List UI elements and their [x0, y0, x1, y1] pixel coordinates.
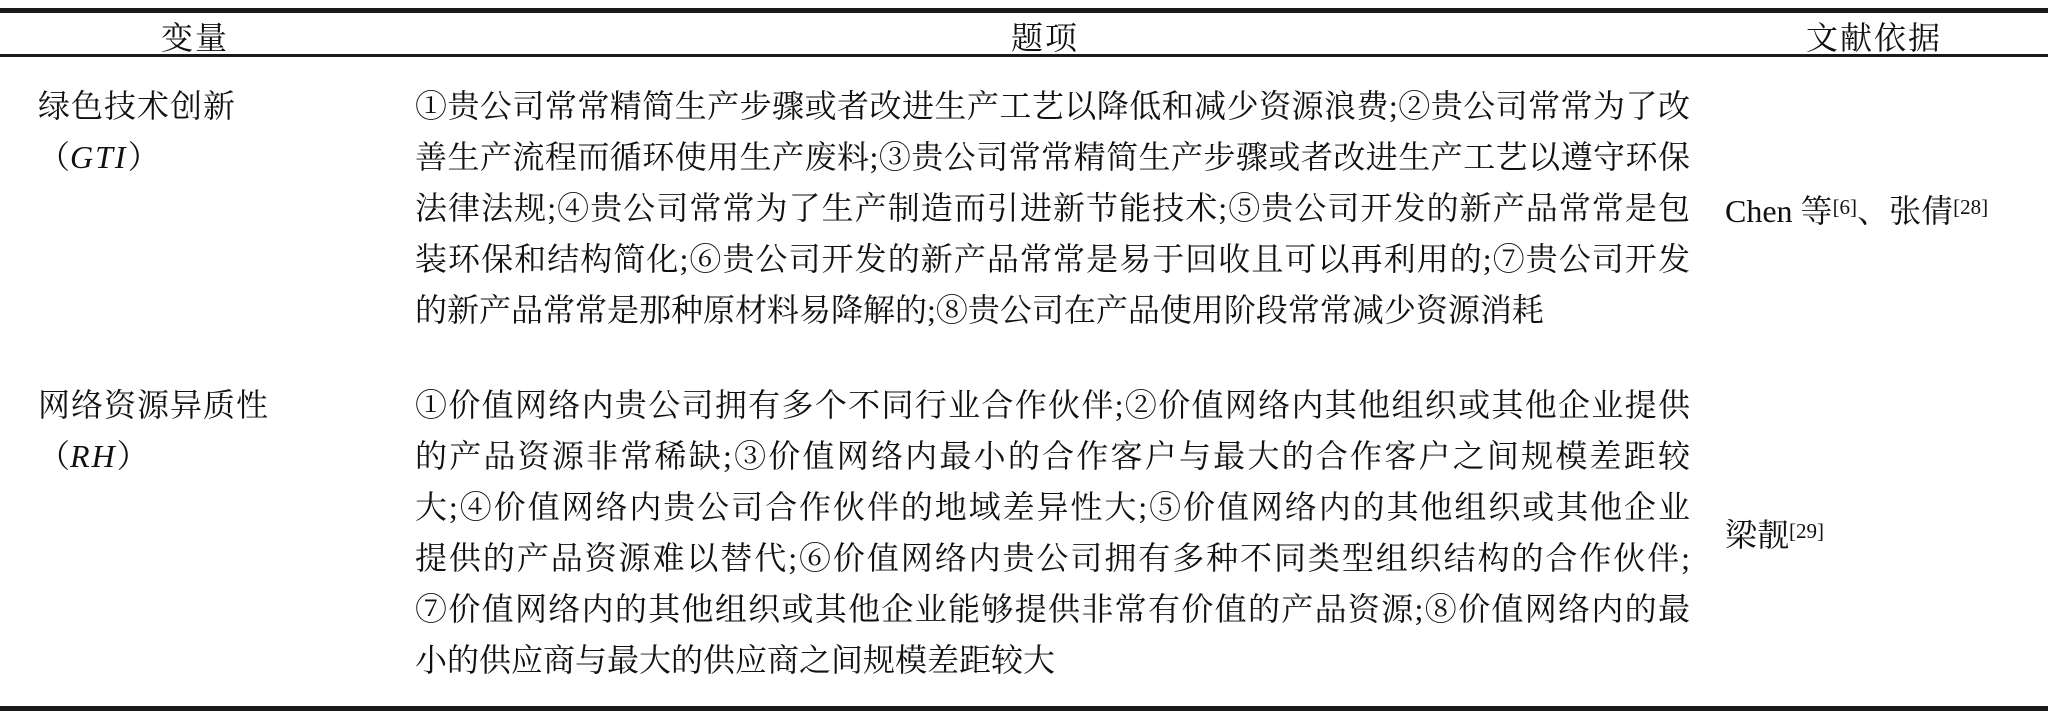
- table-row: 绿色技术创新 （GTI） ①贵公司常常精简生产步骤或者改进生产工艺以降低和减少资…: [0, 57, 2048, 356]
- table-body: 绿色技术创新 （GTI） ①贵公司常常精简生产步骤或者改进生产工艺以降低和减少资…: [0, 57, 2048, 706]
- item-line: 大;④价值网络内贵公司合作伙伴的地域差异性大;⑤价值网络内的其他组织或其他企业: [415, 482, 1690, 533]
- variable-code: （RH）: [38, 431, 390, 482]
- variable-cell: 绿色技术创新 （GTI）: [0, 81, 390, 336]
- reference-text: 、张倩: [1857, 186, 1953, 232]
- table-header-row: 变量 题项 文献依据: [0, 13, 2048, 57]
- reference-cell: Chen 等[6]、张倩[28]: [1700, 81, 2048, 336]
- table-row: 网络资源异质性 （RH） ①价值网络内贵公司拥有多个不同行业合作伙伴;②价值网络…: [0, 356, 2048, 706]
- item-line: 的新产品常常是那种原材料易降解的;⑧贵公司在产品使用阶段常常减少资源消耗: [415, 285, 1690, 336]
- item-line: 小的供应商与最大的供应商之间规模差距较大: [415, 635, 1690, 686]
- measurement-items-table: 变量 题项 文献依据 绿色技术创新 （GTI） ①贵公司常常精简生产步骤或者改进…: [0, 8, 2048, 711]
- items-cell: ①贵公司常常精简生产步骤或者改进生产工艺以降低和减少资源浪费;②贵公司常常为了改…: [390, 81, 1700, 336]
- items-cell: ①价值网络内贵公司拥有多个不同行业合作伙伴;②价值网络内其他组织或其他企业提供的…: [390, 380, 1700, 686]
- item-line: 的产品资源非常稀缺;③价值网络内最小的合作客户与最大的合作客户之间规模差距较: [415, 431, 1690, 482]
- variable-cell: 网络资源异质性 （RH）: [0, 380, 390, 686]
- variable-name: 网络资源异质性: [38, 380, 390, 431]
- item-line: ①贵公司常常精简生产步骤或者改进生产工艺以降低和减少资源浪费;②贵公司常常为了改: [415, 81, 1690, 132]
- reference-text: Chen 等: [1725, 186, 1833, 232]
- item-line: 善生产流程而循环使用生产废料;③贵公司常常精简生产步骤或者改进生产工艺以遵守环保: [415, 132, 1690, 183]
- reference-cell: 梁靓[29]: [1700, 380, 2048, 686]
- reference-text: 梁靓: [1725, 510, 1789, 556]
- header-reference: 文献依据: [1700, 13, 2048, 59]
- variable-code: （GTI）: [38, 132, 390, 183]
- item-line: ①价值网络内贵公司拥有多个不同行业合作伙伴;②价值网络内其他组织或其他企业提供: [415, 380, 1690, 431]
- header-variable: 变量: [0, 13, 390, 59]
- variable-name: 绿色技术创新: [38, 81, 390, 132]
- item-line: ⑦价值网络内的其他组织或其他企业能够提供非常有价值的产品资源;⑧价值网络内的最: [415, 584, 1690, 635]
- item-line: 法律法规;④贵公司常常为了生产制造而引进新节能技术;⑤贵公司开发的新产品常常是包: [415, 183, 1690, 234]
- item-line: 装环保和结构简化;⑥贵公司开发的新产品常常是易于回收且可以再利用的;⑦贵公司开发: [415, 234, 1690, 285]
- header-items: 题项: [390, 13, 1700, 59]
- item-line: 提供的产品资源难以替代;⑥价值网络内贵公司拥有多种不同类型组织结构的合作伙伴;: [415, 533, 1690, 584]
